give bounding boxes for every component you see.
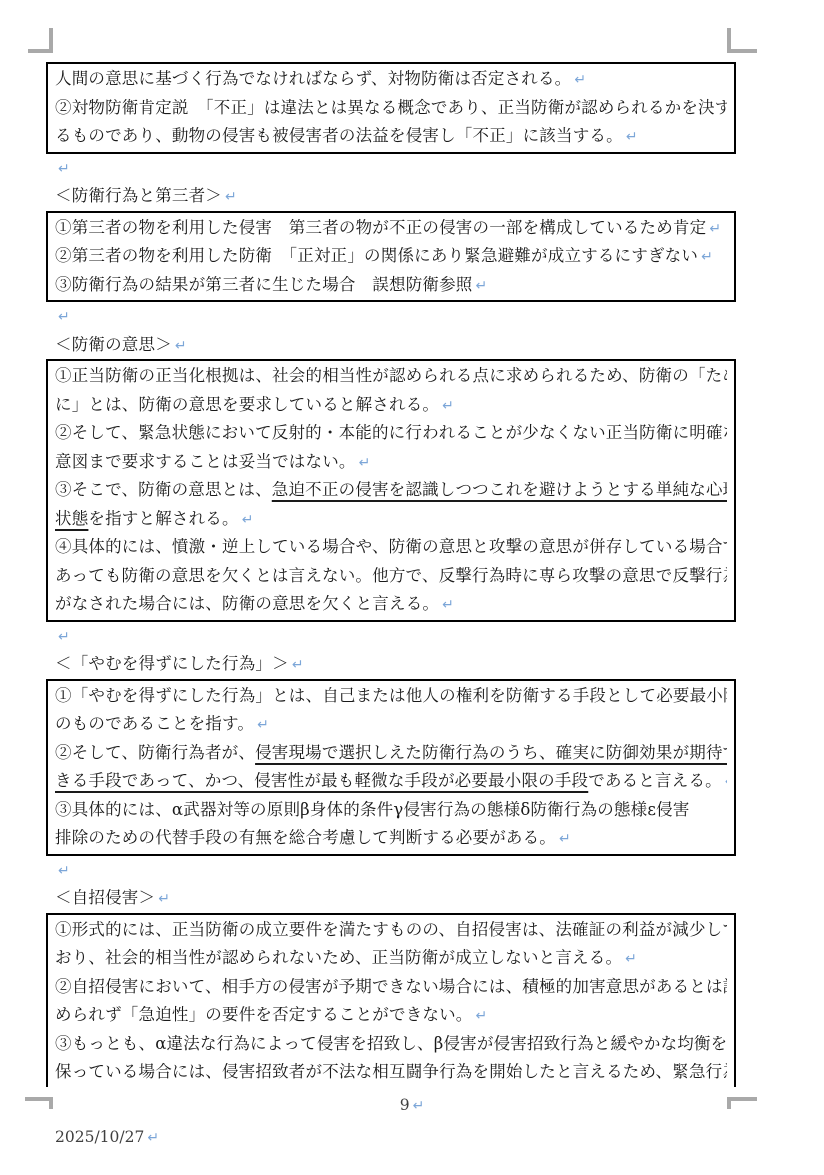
paragraph-mark-icon: ↵ (701, 249, 713, 265)
text-run: がなされた場合には、防衛の意思を欠くと言える。 (55, 594, 439, 613)
paragraph-mark-icon: ↵ (725, 774, 727, 790)
box-text-line[interactable]: ①「やむを得ずにした行為」とは、自己または他人の権利を防衛する手段として必要最小… (55, 682, 727, 711)
box-text-line[interactable]: のものであることを指す。↵ (55, 710, 727, 739)
box-text-line[interactable]: ①正当防衛の正当化根拠は、社会的相当性が認められる点に求められるため、防衛の「た… (55, 362, 727, 391)
section-heading-text: ＜防衛行為と第三者＞ (55, 186, 222, 205)
box-text-line[interactable]: ①形式的には、正当防衛の成立要件を満たすものの、自招侵害は、法確証の利益が減少し… (55, 916, 727, 945)
text-run: 意図まで要求することは妥当ではない。 (55, 452, 356, 471)
text-run: ②そして、防衛行為者が、 (55, 743, 255, 762)
section-heading[interactable]: ＜「やむを得ずにした行為」＞↵ (46, 650, 736, 679)
box-text-line[interactable]: るものであり、動物の侵害も被侵害者の法益を侵害し「不正」に該当する。↵ (55, 122, 727, 151)
paragraph-mark-icon: ↵ (574, 72, 586, 88)
paragraph-mark-icon: ↵ (626, 129, 638, 145)
document-section: ↵＜「やむを得ずにした行為」＞↵①「やむを得ずにした行為」とは、自己または他人の… (46, 622, 736, 856)
text-run: ③具体的には、α武器対等の原則β身体的条件γ侵害行為の態様δ防衛行為の態様ε侵害 (55, 800, 690, 819)
paragraph-mark-icon: ↵ (58, 161, 70, 177)
document-section: ↵＜自招侵害＞↵①形式的には、正当防衛の成立要件を満たすものの、自招侵害は、法確… (46, 856, 736, 1087)
paragraph-mark-icon: ↵ (175, 338, 187, 354)
bordered-text-box: ①第三者の物を利用した侵害 第三者の物が不正の侵害の一部を構成しているため肯定↵… (46, 211, 736, 303)
section-heading-text: ＜「やむを得ずにした行為」＞ (55, 654, 289, 673)
text-run: あっても防衛の意思を欠くとは言えない。他方で、反撃行為時に専ら攻撃の意思で反撃行… (55, 566, 727, 585)
text-run: ②そして、緊急状態において反射的・本能的に行われることが少なくない正当防衛に明確… (55, 423, 727, 442)
text-run: ④具体的には、憤激・逆上している場合や、防衛の意思と攻撃の意思が併存している場合… (55, 537, 727, 556)
paragraph-mark-icon: ↵ (476, 1008, 488, 1024)
box-text-line[interactable]: 人間の意思に基づく行為でなければならず、対物防衛は否定される。↵ (55, 65, 727, 94)
text-run: ①「やむを得ずにした行為」とは、自己または他人の権利を防衛する手段として必要最小… (55, 686, 727, 705)
box-text-line[interactable]: きる手段であって、かつ、侵害性が最も軽微な手段が必要最小限の手段であると言える。… (55, 767, 727, 796)
underlined-text-run: 急迫不正の侵害を認識しつつこれを避けようとする単純な心理 (272, 480, 727, 499)
box-text-line[interactable]: ②自招侵害において、相手方の侵害が予期できない場合には、積極的加害意思があるとは… (55, 973, 727, 1002)
paragraph-mark-icon: ↵ (58, 629, 70, 645)
empty-paragraph[interactable]: ↵ (46, 302, 736, 331)
paragraph-mark-icon: ↵ (559, 831, 571, 847)
paragraph-mark-icon: ↵ (413, 1098, 425, 1114)
text-run: められず「急迫性」の要件を否定することができない。 (55, 1005, 473, 1024)
section-heading-text: ＜防衛の意思＞ (55, 335, 172, 354)
box-text-line[interactable]: ③もっとも、α違法な行為によって侵害を招致し、β侵害が侵害招致行為と緩やかな均衡… (55, 1030, 727, 1059)
section-heading[interactable]: ＜防衛行為と第三者＞↵ (46, 182, 736, 211)
text-run: ①形式的には、正当防衛の成立要件を満たすものの、自招侵害は、法確証の利益が減少し… (55, 920, 727, 939)
text-run: のものであることを指す。 (55, 714, 254, 733)
box-text-line[interactable]: ②対物防衛肯定説 「不正」は違法とは異なる概念であり、正当防衛が認められるかを決… (55, 94, 727, 123)
box-text-line[interactable]: に」とは、防衛の意思を要求していると解される。↵ (55, 391, 727, 420)
box-text-line[interactable]: 保っている場合には、侵害招致者が不法な相互闘争行為を開始したと言えるため、緊急行… (55, 1058, 727, 1087)
document-content: 人間の意思に基づく行為でなければならず、対物防衛は否定される。↵②対物防衛肯定説… (46, 62, 736, 1087)
empty-paragraph[interactable]: ↵ (46, 154, 736, 183)
crop-mark-top-left-icon (28, 28, 53, 53)
paragraph-mark-icon: ↵ (58, 309, 70, 325)
document-section: ↵＜防衛行為と第三者＞↵①第三者の物を利用した侵害 第三者の物が不正の侵害の一部… (46, 154, 736, 303)
bordered-text-box: ①「やむを得ずにした行為」とは、自己または他人の権利を防衛する手段として必要最小… (46, 679, 736, 856)
box-text-line[interactable]: ②そして、防衛行為者が、侵害現場で選択しえた防衛行為のうち、確実に防御効果が期待… (55, 739, 727, 768)
text-run: 保っている場合には、侵害招致者が不法な相互闘争行為を開始したと言えるため、緊急行… (55, 1062, 727, 1081)
box-text-line[interactable]: ③具体的には、α武器対等の原則β身体的条件γ侵害行為の態様δ防衛行為の態様ε侵害 (55, 796, 727, 825)
paragraph-mark-icon: ↵ (442, 597, 454, 613)
section-heading[interactable]: ＜自招侵害＞↵ (46, 884, 736, 913)
text-run: ③そこで、防衛の意思とは、 (55, 480, 272, 499)
box-text-line[interactable]: おり、社会的相当性が認められないため、正当防衛が成立しないと言える。↵ (55, 944, 727, 973)
empty-paragraph[interactable]: ↵ (46, 856, 736, 885)
text-run: 人間の意思に基づく行為でなければならず、対物防衛は否定される。 (55, 69, 571, 88)
box-text-line[interactable]: ②そして、緊急状態において反射的・本能的に行われることが少なくない正当防衛に明確… (55, 419, 727, 448)
paragraph-mark-icon: ↵ (147, 1130, 159, 1146)
box-text-line[interactable]: ②第三者の物を利用した防衛 「正対正」の関係にあり緊急避難が成立するにすぎない↵ (55, 242, 727, 271)
paragraph-mark-icon: ↵ (476, 278, 488, 294)
section-heading-text: ＜自招侵害＞ (55, 888, 155, 907)
text-run: ①正当防衛の正当化根拠は、社会的相当性が認められる点に求められるため、防衛の「た… (55, 366, 727, 385)
box-text-line[interactable]: 状態を指すと解される。↵ (55, 505, 727, 534)
text-run: ②第三者の物を利用した防衛 「正対正」の関係にあり緊急避難が成立するにすぎない (55, 246, 698, 265)
text-run: ②自招侵害において、相手方の侵害が予期できない場合には、積極的加害意思があるとは… (55, 977, 727, 996)
paragraph-mark-icon: ↵ (442, 398, 454, 414)
date-footer: 2025/10/27↵ (55, 1128, 159, 1146)
paragraph-mark-icon: ↵ (292, 657, 304, 673)
paragraph-mark-icon: ↵ (625, 951, 637, 967)
page-number-footer: 9↵ (0, 1096, 824, 1114)
text-run: ①第三者の物を利用した侵害 第三者の物が不正の侵害の一部を構成しているため肯定 (55, 218, 706, 237)
box-text-line[interactable]: ③防衛行為の結果が第三者に生じた場合 誤想防衛参照↵ (55, 271, 727, 300)
text-run: ③もっとも、α違法な行為によって侵害を招致し、β侵害が侵害招致行為と緩やかな均衡… (55, 1034, 727, 1053)
paragraph-mark-icon: ↵ (257, 717, 269, 733)
text-run: 排除のための代替手段の有無を総合考慮して判断する必要がある。 (55, 828, 556, 847)
paragraph-mark-icon: ↵ (359, 455, 371, 471)
box-text-line[interactable]: ④具体的には、憤激・逆上している場合や、防衛の意思と攻撃の意思が併存している場合… (55, 533, 727, 562)
underlined-text-run: 侵害現場で選択しえた防衛行為のうち、確実に防御効果が期待で (255, 743, 727, 762)
paragraph-mark-icon: ↵ (225, 189, 237, 205)
underlined-text-run: 状態 (55, 509, 88, 528)
text-run: るものであり、動物の侵害も被侵害者の法益を侵害し「不正」に該当する。 (55, 126, 623, 145)
paragraph-mark-icon: ↵ (58, 863, 70, 879)
paragraph-mark-icon: ↵ (242, 512, 254, 528)
text-run: に」とは、防衛の意思を要求していると解される。 (55, 395, 439, 414)
box-text-line[interactable]: められず「急迫性」の要件を否定することができない。↵ (55, 1001, 727, 1030)
page-number: 9 (400, 1096, 410, 1114)
text-run: おり、社会的相当性が認められないため、正当防衛が成立しないと言える。 (55, 948, 622, 967)
section-heading[interactable]: ＜防衛の意思＞↵ (46, 331, 736, 360)
box-text-line[interactable]: ③そこで、防衛の意思とは、急迫不正の侵害を認識しつつこれを避けようとする単純な心… (55, 476, 727, 505)
box-text-line[interactable]: ①第三者の物を利用した侵害 第三者の物が不正の侵害の一部を構成しているため肯定↵ (55, 214, 727, 243)
box-text-line[interactable]: がなされた場合には、防衛の意思を欠くと言える。↵ (55, 590, 727, 619)
paragraph-mark-icon: ↵ (158, 891, 170, 907)
underlined-text-run: きる手段であって、かつ、侵害性が最も軽微な手段が必要最小限の手段 (55, 771, 588, 790)
crop-mark-top-right-icon (727, 28, 757, 53)
text-run: を指すと解される。 (88, 509, 238, 528)
paragraph-mark-icon: ↵ (709, 221, 721, 237)
text-run: ②対物防衛肯定説 「不正」は違法とは異なる概念であり、正当防衛が認められるかを決… (55, 98, 727, 117)
bordered-text-box: ①形式的には、正当防衛の成立要件を満たすものの、自招侵害は、法確証の利益が減少し… (46, 913, 736, 1087)
bordered-text-box: 人間の意思に基づく行為でなければならず、対物防衛は否定される。↵②対物防衛肯定説… (46, 62, 736, 154)
document-section: 人間の意思に基づく行為でなければならず、対物防衛は否定される。↵②対物防衛肯定説… (46, 62, 736, 154)
document-section: ↵＜防衛の意思＞↵①正当防衛の正当化根拠は、社会的相当性が認められる点に求められ… (46, 302, 736, 622)
bordered-text-box: ①正当防衛の正当化根拠は、社会的相当性が認められる点に求められるため、防衛の「た… (46, 359, 736, 622)
box-text-line[interactable]: 排除のための代替手段の有無を総合考慮して判断する必要がある。↵ (55, 824, 727, 853)
footer-date-text: 2025/10/27 (55, 1128, 144, 1146)
box-text-line[interactable]: あっても防衛の意思を欠くとは言えない。他方で、反撃行為時に専ら攻撃の意思で反撃行… (55, 562, 727, 591)
empty-paragraph[interactable]: ↵ (46, 622, 736, 651)
text-run: であると言える。 (588, 771, 722, 790)
box-text-line[interactable]: 意図まで要求することは妥当ではない。↵ (55, 448, 727, 477)
text-run: ③防衛行為の結果が第三者に生じた場合 誤想防衛参照 (55, 275, 473, 294)
